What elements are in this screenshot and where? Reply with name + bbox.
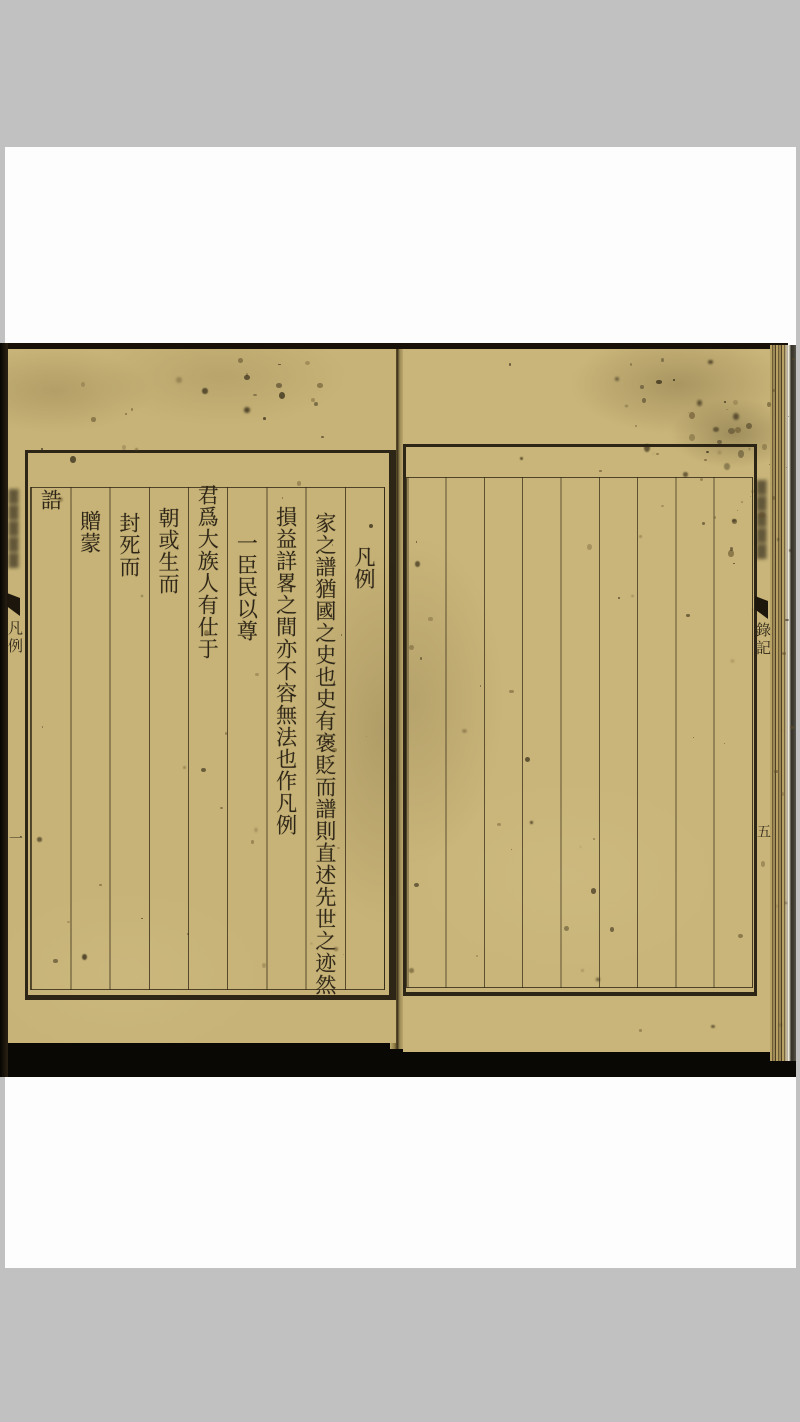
text-column: 凡例 — [352, 546, 376, 590]
left-page-number: 一 — [6, 831, 24, 845]
left-text-frame: 凡例家之譜猶國之史也史有褒貶而譜則直述先世之迹然損益詳畧之間亦不容無法也作凡例一… — [30, 487, 385, 990]
left-banxin-column: ▓▓▓▓▓ 凡例 一 — [4, 343, 24, 1077]
right-banxin-section-label: 錄記 — [754, 622, 772, 658]
text-column: 君爲大族人有仕于 — [195, 484, 219, 660]
right-text-frame — [406, 477, 753, 988]
text-column: 家之譜猶國之史也史有褒貶而譜則直述先世之迹然 — [313, 512, 337, 996]
text-column: 誥 — [38, 489, 62, 511]
page-stack-edge — [770, 345, 796, 1061]
book-scan: 凡例家之譜猶國之史也史有褒貶而譜則直述先世之迹然損益詳畧之間亦不容無法也作凡例一… — [0, 343, 796, 1077]
text-column: 一臣民以尊 — [234, 532, 258, 642]
right-banxin-blurred-title: ▓▓▓▓▓ — [754, 481, 769, 561]
right-page-number: 五 — [754, 824, 772, 838]
left-banxin-blurred-title: ▓▓▓▓▓ — [6, 490, 21, 570]
left-banxin-section-label: 凡例 — [6, 620, 24, 656]
text-column: 朝或生而 — [156, 507, 180, 595]
text-column: 損益詳畧之間亦不容無法也作凡例 — [274, 506, 298, 836]
fishtail-mark — [755, 596, 768, 619]
text-column: 贈蒙 — [78, 510, 102, 554]
scan-viewer: { "background": { "outer_gray": "#c1c1c1… — [0, 0, 800, 1422]
text-column: 封死而 — [117, 512, 141, 578]
right-banxin-column: ▓▓▓▓▓ 錄記 五 — [752, 343, 772, 1077]
fishtail-mark — [7, 593, 20, 616]
